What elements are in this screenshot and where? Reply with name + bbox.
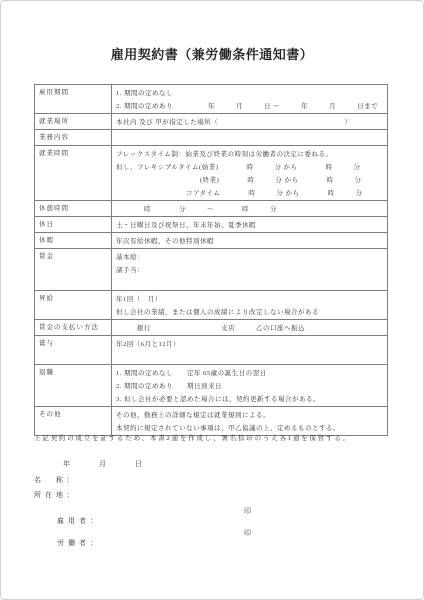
cell-line: 年次有給休暇、その他特別休暇: [116, 235, 385, 248]
row-label: 休暇: [35, 233, 112, 249]
row-wages: 賃金 基本給： 諸手当：: [35, 249, 388, 291]
cell-line: 土・日曜日及び祝祭日、年末年始、夏季休暇: [116, 219, 385, 232]
cell-line: [116, 351, 385, 364]
cell-line: [116, 132, 385, 145]
row-label: 業務内容: [35, 130, 112, 146]
row-label: 退職: [35, 365, 112, 407]
cell-line: 2. 期間の定めあり 年 月 日 ～ 年 月 日まで: [116, 100, 385, 113]
cell-line: 銀行 支店 乙の口座へ振込: [116, 322, 385, 335]
row-work-location: 就業場所 本社内 及び 甲が指定した場所（ ）: [35, 114, 388, 130]
worker-seal-mark: 印: [244, 528, 251, 538]
worker-signature-line: 労働者： 印: [34, 528, 334, 568]
row-label: 就業場所: [35, 114, 112, 130]
contract-table: 雇用期間 1. 期間の定めなし 2. 期間の定めあり 年 月 日 ～ 年 月 日…: [34, 84, 388, 436]
employer-seal-mark: 印: [244, 506, 251, 516]
cell-line: 基本給：: [116, 251, 385, 264]
closing-statement: 上記契約の成立を証するため、本書2通を作成し、署名捺印のうえ各1通を保管する。: [34, 433, 351, 442]
cell-line: 年1回（ 月）: [116, 293, 385, 306]
row-holidays: 休日 土・日曜日及び祝祭日、年末年始、夏季休暇: [35, 217, 388, 233]
row-payment-method: 賃金の支払い方法 銀行 支店 乙の口座へ振込: [35, 320, 388, 336]
cell-line: その他、勤務上の詳細な規定は就業規則による。: [116, 409, 385, 422]
signature-date-line: 年 月 日: [63, 459, 144, 469]
row-label: 就業時間: [35, 146, 112, 201]
row-working-hours: 就業時間 フレックスタイム制：始業及び終業の時刻は労働者の決定に委ねる。 但し、…: [35, 146, 388, 201]
row-label: その他: [35, 407, 112, 436]
cell-line: 但し、フレキシブルタイム(始業) 時 分 から 時 分: [116, 161, 385, 174]
worker-label: 労働者：: [57, 539, 101, 547]
row-label: 賃金: [35, 249, 112, 291]
cell-line: 但し会社の業績、または個人の成績により改定しない場合がある: [116, 306, 385, 319]
row-retirement: 退職 1. 期間の定めなし 定年 65歳の誕生日の翌日 2. 期間の定めあり 期…: [35, 365, 388, 407]
row-label: 賃金の支払い方法: [35, 320, 112, 336]
row-label: 休日: [35, 217, 112, 233]
cell-line: [116, 277, 385, 290]
row-leave: 休暇 年次有給休暇、その他特別休暇: [35, 233, 388, 249]
row-label: 賞与: [35, 336, 112, 365]
document-title: 雇用契約書（兼労働条件通知書）: [1, 44, 423, 63]
company-address-label: 所在地：: [34, 490, 78, 500]
row-other: その他 その他、勤務上の詳細な規定は就業規則による。 本契約に規定されていない事…: [35, 407, 388, 436]
cell-line: (終業) 時 分 から 時 分: [116, 174, 385, 187]
row-raise: 昇給 年1回（ 月） 但し会社の業績、または個人の成績により改定しない場合がある: [35, 291, 388, 320]
cell-line: 2. 期間の定めあり 期日到来日: [116, 380, 385, 393]
row-label: 雇用期間: [35, 85, 112, 114]
company-name-label: 名 称：: [34, 475, 78, 485]
cell-line: 本社内 及び 甲が指定した場所（ ）: [116, 116, 385, 129]
cell-line: 1. 期間の定めなし 定年 65歳の誕生日の翌日: [116, 367, 385, 380]
employer-label: 雇用者：: [57, 517, 101, 525]
contract-page: 雇用契約書（兼労働条件通知書） 雇用期間 1. 期間の定めなし 2. 期間の定め…: [0, 0, 424, 600]
cell-line: 3. 但し会社が必要と認めた場合には、契約更新する場合がある。: [116, 393, 385, 406]
row-employment-period: 雇用期間 1. 期間の定めなし 2. 期間の定めあり 年 月 日 ～ 年 月 日…: [35, 85, 388, 114]
row-label: 休憩時間: [35, 201, 112, 217]
row-job-duties: 業務内容: [35, 130, 388, 146]
cell-line: 諸手当：: [116, 264, 385, 277]
cell-line: フレックスタイム制：始業及び終業の時刻は労働者の決定に委ねる。: [116, 148, 385, 161]
row-bonus: 賞与 年2回（6月と12月）: [35, 336, 388, 365]
cell-line: 年2回（6月と12月）: [116, 338, 385, 351]
row-label: 昇給: [35, 291, 112, 320]
row-break-time: 休憩時間 時 分 ～ 時 分: [35, 201, 388, 217]
cell-line: コアタイム 時 分 から 時 分: [116, 187, 385, 200]
cell-line: 1. 期間の定めなし: [116, 87, 385, 100]
cell-line: 時 分 ～ 時 分: [116, 203, 385, 216]
